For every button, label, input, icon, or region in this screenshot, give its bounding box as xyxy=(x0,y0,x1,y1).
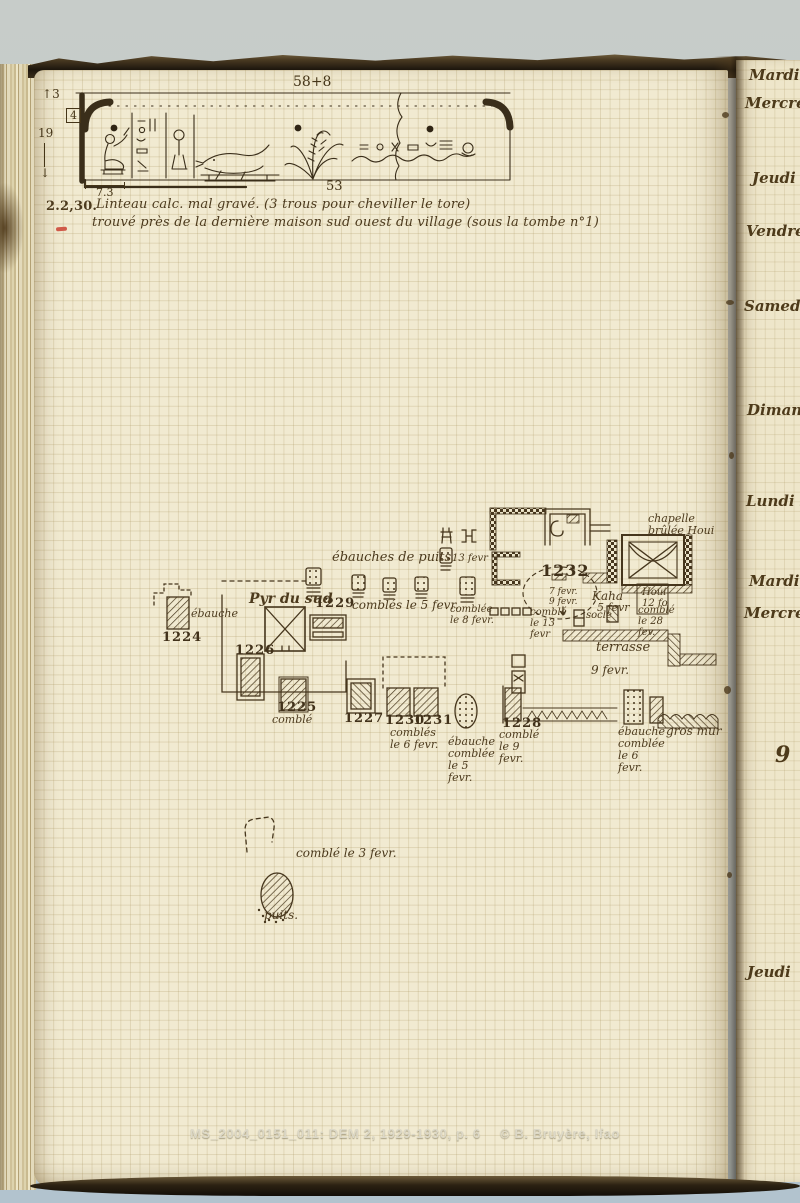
hieroglyph-columns xyxy=(132,113,194,178)
pit-sketch xyxy=(460,577,475,602)
complex-wall xyxy=(607,540,617,583)
entry-line2: trouvé près de la dernière maison sud ou… xyxy=(92,215,599,230)
puits-sketch xyxy=(235,810,345,930)
lintel-width-label: 58+8 xyxy=(293,74,331,90)
facing-page xyxy=(736,60,800,1182)
terrace-wall-corner xyxy=(668,634,680,666)
wall-fragment-row xyxy=(490,608,531,615)
hieroglyph-band-right xyxy=(352,141,475,162)
dashed-pit-outline xyxy=(245,817,274,852)
plant-relief xyxy=(285,131,343,179)
lintel-sketch xyxy=(58,77,528,207)
peg-hole xyxy=(295,125,302,132)
puits-oval-shape xyxy=(261,873,293,917)
peg-hole xyxy=(427,126,434,133)
terrace-wall-east xyxy=(680,654,716,665)
book-scan: 58+8 ↑3 4 19 ↓ 7.3 53 2.2,30. Linteau ca… xyxy=(0,0,800,1203)
lintel-arrow-down: ↓ xyxy=(40,166,50,180)
pit-1230-shape xyxy=(387,688,410,716)
ebauche-rect-shape xyxy=(624,690,643,724)
pit-sketch xyxy=(415,577,428,598)
complex-room xyxy=(545,509,590,545)
dashed-outline-1230 xyxy=(383,657,445,688)
pit-1225-shape xyxy=(279,677,308,712)
ebauche-oval-shape xyxy=(455,694,477,728)
pyramid-du-sud-shape xyxy=(265,607,305,651)
lintel-height-top: ↑3 xyxy=(42,87,60,101)
ink-smudge xyxy=(729,452,734,459)
pit-sketch xyxy=(352,575,365,597)
seated-figure-relief xyxy=(101,128,129,174)
lintel-bottom-line xyxy=(85,127,510,180)
caption-credit: © B. Bruyère, Ifao xyxy=(500,1126,620,1141)
pit-sketch xyxy=(306,568,321,596)
pit-sketch xyxy=(383,578,396,599)
book-bottom-edge xyxy=(30,1176,800,1196)
torus-corner-left xyxy=(85,102,110,129)
pit-1231-shape xyxy=(414,688,438,716)
jar-stand-symbol xyxy=(441,528,452,543)
pit-1224-shape xyxy=(167,597,189,629)
lintel-height-left: 19 xyxy=(38,126,53,140)
complex-wall xyxy=(490,508,546,514)
socle-hatched-block xyxy=(607,606,618,622)
zigzag-wall xyxy=(523,708,617,721)
site-plan-drawing xyxy=(140,485,740,795)
pit-sketches xyxy=(306,548,475,602)
ink-smudge xyxy=(726,300,734,305)
pit-1226-shape xyxy=(237,654,264,700)
socle-shape xyxy=(574,610,584,626)
pit-1228-shape xyxy=(503,686,521,723)
gate-symbol xyxy=(462,530,476,542)
crocodile-relief xyxy=(196,145,279,181)
ink-smudge xyxy=(727,872,732,878)
pit-1229-shape xyxy=(310,615,346,640)
pillar-stack xyxy=(512,655,525,693)
entry-line1: Linteau calc. mal gravé. (3 trous pour c… xyxy=(96,197,470,212)
lintel-base-center: 53 xyxy=(326,179,343,194)
entry-date: 2.2,30. xyxy=(46,199,97,214)
spine-stain xyxy=(0,182,24,274)
gros-mur-wall xyxy=(658,715,718,729)
lintel-corner-label: 4 xyxy=(66,108,81,123)
red-pencil-mark xyxy=(56,227,67,232)
torus-corner-right xyxy=(486,102,510,127)
pit-1227-shape xyxy=(347,679,375,713)
lintel-base-arrow xyxy=(85,185,125,186)
complex-wall xyxy=(492,580,520,585)
lintel-height-line xyxy=(44,143,45,167)
caption-id: MS_2004_0151_011: DEM 2, 1929-1930, p. 6 xyxy=(190,1126,481,1141)
terrace-wall xyxy=(563,630,668,641)
complex-wall xyxy=(490,508,496,550)
peg-hole xyxy=(111,125,118,132)
ink-smudge xyxy=(722,112,729,118)
mark-1232 xyxy=(552,574,566,615)
pit-sketch xyxy=(440,548,452,570)
complex-passage xyxy=(590,525,610,531)
